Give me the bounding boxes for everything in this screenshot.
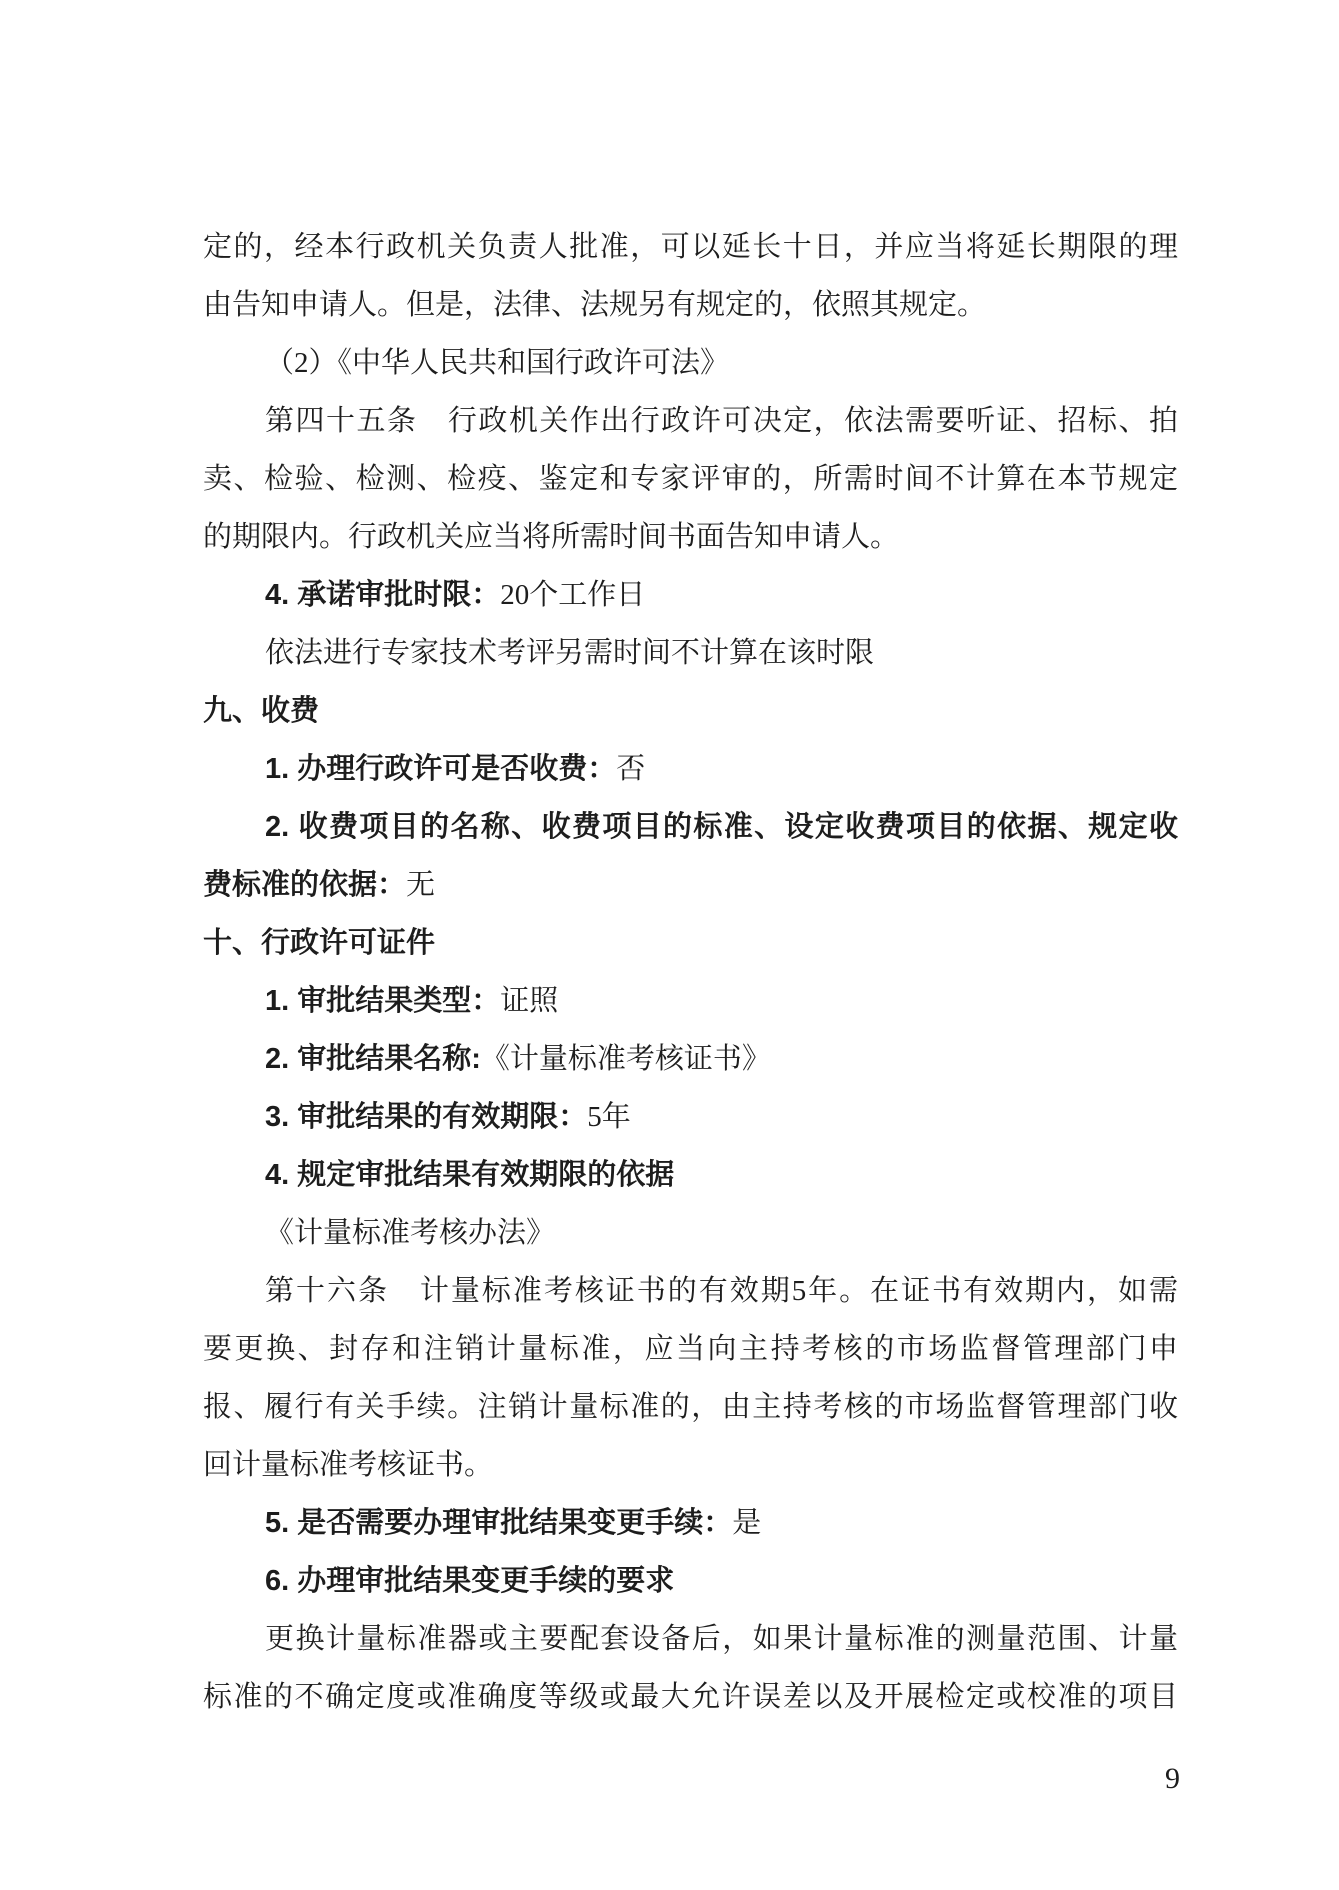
text-segment: 标准的不确定度或准确度等级或最大允许误差以及开展检定或校准的项目 [203,1681,1178,1713]
bold-text-segment: 4. 承诺审批时限： [265,579,500,611]
text-line: 5. 是否需要办理审批结果变更手续：是 [203,1494,1178,1552]
bold-text-segment: 2. 审批结果名称: [265,1043,481,1075]
text-line: 更换计量标准器或主要配套设备后，如果计量标准的测量范围、计量 [203,1610,1178,1668]
text-line: 由告知申请人。但是，法律、法规另有规定的，依照其规定。 [203,276,1178,334]
text-line: 4. 规定审批结果有效期限的依据 [203,1146,1178,1204]
text-line: 《计量标准考核办法》 [203,1204,1178,1262]
text-segment: 的期限内。行政机关应当将所需时间书面告知申请人。 [203,521,899,553]
text-line: 要更换、封存和注销计量标准，应当向主持考核的市场监督管理部门申 [203,1320,1178,1378]
text-line: 2. 审批结果名称:《计量标准考核证书》 [203,1030,1178,1088]
text-segment: 是 [732,1507,761,1539]
text-line: 十、行政许可证件 [203,914,1178,972]
text-segment: 依法进行专家技术考评另需时间不计算在该时限 [265,637,874,669]
bold-text-segment: 九、收费 [203,695,319,727]
text-segment: 《计量标准考核办法》 [265,1217,555,1249]
text-line: 标准的不确定度或准确度等级或最大允许误差以及开展检定或校准的项目 [203,1668,1178,1726]
text-line: 依法进行专家技术考评另需时间不计算在该时限 [203,624,1178,682]
text-segment: 报、履行有关手续。注销计量标准的，由主持考核的市场监督管理部门收 [203,1391,1178,1423]
text-block: 定的，经本行政机关负责人批准，可以延长十日，并应当将延长期限的理由告知申请人。但… [203,218,1178,1726]
text-line: 卖、检验、检测、检疫、鉴定和专家评审的，所需时间不计算在本节规定 [203,450,1178,508]
text-line: 的期限内。行政机关应当将所需时间书面告知申请人。 [203,508,1178,566]
bold-text-segment: 费标准的依据： [203,869,406,901]
bold-text-segment: 1. 审批结果类型： [265,985,500,1017]
text-line: 第四十五条 行政机关作出行政许可决定，依法需要听证、招标、拍 [203,392,1178,450]
text-segment: 回计量标准考核证书。 [203,1449,493,1481]
text-line: 1. 办理行政许可是否收费：否 [203,740,1178,798]
text-line: 6. 办理审批结果变更手续的要求 [203,1552,1178,1610]
page-number: 9 [1165,1750,1180,1808]
bold-text-segment: 3. 审批结果的有效期限： [265,1101,587,1133]
text-segment: 《计量标准考核证书》 [481,1043,771,1075]
text-line: 第十六条 计量标准考核证书的有效期5年。在证书有效期内，如需 [203,1262,1178,1320]
text-line: 回计量标准考核证书。 [203,1436,1178,1494]
text-segment: 第十六条 计量标准考核证书的有效期5年。在证书有效期内，如需 [265,1275,1178,1307]
text-line: 4. 承诺审批时限：20个工作日 [203,566,1178,624]
text-segment: 定的，经本行政机关负责人批准，可以延长十日，并应当将延长期限的理 [203,231,1178,263]
bold-text-segment: 2. 收费项目的名称、收费项目的标准、设定收费项目的依据、规定收 [265,811,1178,843]
bold-text-segment: 6. 办理审批结果变更手续的要求 [265,1565,674,1597]
bold-text-segment: 5. 是否需要办理审批结果变更手续： [265,1507,732,1539]
text-line: 九、收费 [203,682,1178,740]
text-segment: 证照 [500,985,558,1017]
bold-text-segment: 十、行政许可证件 [203,927,435,959]
text-segment: 要更换、封存和注销计量标准，应当向主持考核的市场监督管理部门申 [203,1333,1178,1365]
text-segment: 20个工作日 [500,579,645,611]
text-segment: 卖、检验、检测、检疫、鉴定和专家评审的，所需时间不计算在本节规定 [203,463,1178,495]
text-segment: 由告知申请人。但是，法律、法规另有规定的，依照其规定。 [203,289,986,321]
text-line: 报、履行有关手续。注销计量标准的，由主持考核的市场监督管理部门收 [203,1378,1178,1436]
text-segment: 否 [616,753,645,785]
bold-text-segment: 1. 办理行政许可是否收费： [265,753,616,785]
text-segment: 第四十五条 行政机关作出行政许可决定，依法需要听证、招标、拍 [265,405,1178,437]
text-segment: 无 [406,869,435,901]
text-line: 3. 审批结果的有效期限：5年 [203,1088,1178,1146]
text-segment: （2）《中华人民共和国行政许可法》 [265,347,729,379]
text-line: 费标准的依据：无 [203,856,1178,914]
text-line: 定的，经本行政机关负责人批准，可以延长十日，并应当将延长期限的理 [203,218,1178,276]
text-line: 2. 收费项目的名称、收费项目的标准、设定收费项目的依据、规定收 [203,798,1178,856]
bold-text-segment: 4. 规定审批结果有效期限的依据 [265,1159,674,1191]
text-line: （2）《中华人民共和国行政许可法》 [203,334,1178,392]
text-line: 1. 审批结果类型：证照 [203,972,1178,1030]
text-segment: 更换计量标准器或主要配套设备后，如果计量标准的测量范围、计量 [265,1623,1178,1655]
document-page: 定的，经本行政机关负责人批准，可以延长十日，并应当将延长期限的理由告知申请人。但… [0,0,1339,1890]
text-segment: 5年 [587,1101,631,1133]
